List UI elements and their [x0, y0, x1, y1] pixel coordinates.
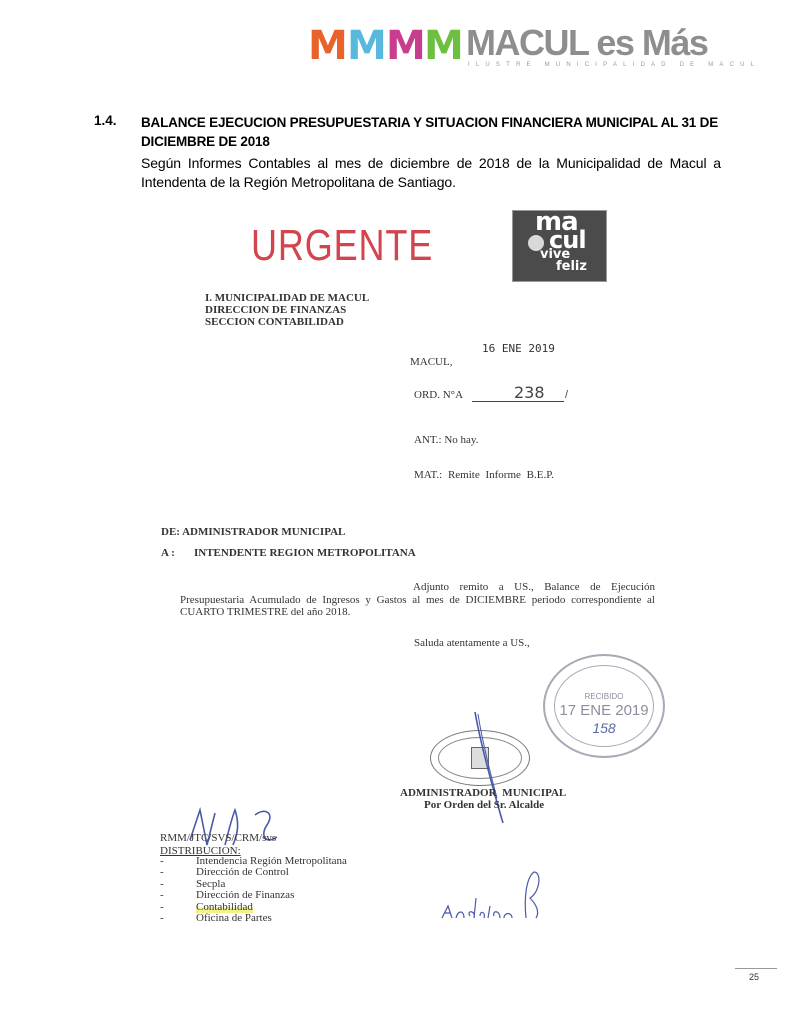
distribution-item: -Dirección de Control [160, 867, 347, 878]
org-line-3: SECCION CONTABILIDAD [205, 316, 369, 328]
mat-line: MAT.: Remite Informe B.E.P. [414, 469, 554, 481]
brand-subtitle: ILUSTRE MUNICIPALIDAD DE MACUL [468, 62, 760, 68]
received-stamp: RECIBIDO 17 ENE 2019 158 [543, 654, 665, 758]
handwritten-signature [440, 868, 550, 928]
date-stamp: 16 ENE 2019 [482, 342, 555, 355]
letter-paragraph-text: Adjunto remito a US., Balance de Ejecuci… [180, 581, 655, 618]
badge-text-4: feliz [556, 260, 587, 273]
urgent-stamp: URGENTE [251, 224, 433, 268]
city-label: MACUL, [410, 356, 452, 368]
logo-letter-2: M [347, 26, 386, 66]
footer-rule [735, 968, 777, 969]
logo-letter-1: M [308, 26, 347, 66]
from-value: ADMINISTRADOR MUNICIPAL [182, 526, 345, 538]
from-line: DE: ADMINISTRADOR MUNICIPAL [161, 526, 345, 538]
received-stamp-number: 158 [545, 720, 663, 736]
ant-line: ANT.: No hay. [414, 434, 478, 446]
signer-subtitle: Por Orden del Sr. Alcalde [424, 799, 544, 811]
brand-name: MACUL es Más [466, 22, 707, 64]
to-value: INTENDENTE REGION METROPOLITANA [194, 547, 416, 559]
letter-organization: I. MUNICIPALIDAD DE MACUL DIRECCION DE F… [205, 292, 369, 328]
distribution-item: -Dirección de Finanzas [160, 890, 347, 901]
section-body: Según Informes Contables al mes de dicie… [141, 154, 721, 192]
ord-slash: / [565, 389, 568, 401]
macul-vive-feliz-badge: ma cul vive feliz [512, 210, 607, 282]
received-stamp-label: RECIBIDO [545, 692, 663, 701]
letter-paragraph: Adjunto remito a US., Balance de Ejecuci… [180, 581, 655, 619]
org-line-2: DIRECCION DE FINANZAS [205, 304, 369, 316]
ord-label: ORD. N°A [414, 389, 463, 401]
ord-number: 238 [514, 383, 545, 402]
signer-title: ADMINISTRADOR MUNICIPAL [400, 787, 566, 799]
logo-letter-3: M [386, 26, 425, 66]
letter-closing: Saluda atentamente a US., [414, 637, 530, 649]
references: RMM/JTC/SVS/CRM/svs [160, 833, 276, 844]
section-number: 1.4. [94, 113, 117, 128]
logo-letter-4: M [424, 26, 463, 66]
distribution-item: -Oficina de Partes [160, 913, 347, 924]
section-title: BALANCE EJECUCION PRESUPUESTARIA Y SITUA… [141, 113, 721, 151]
distribution-list: -Intendencia Región Metropolitana -Direc… [160, 856, 347, 924]
received-stamp-date: 17 ENE 2019 [545, 702, 663, 719]
from-label: DE: [161, 526, 180, 538]
page-number: 25 [749, 972, 759, 982]
to-label: A : [161, 547, 194, 559]
to-line: A :INTENDENTE REGION METROPOLITANA [161, 547, 416, 559]
org-line-1: I. MUNICIPALIDAD DE MACUL [205, 292, 369, 304]
